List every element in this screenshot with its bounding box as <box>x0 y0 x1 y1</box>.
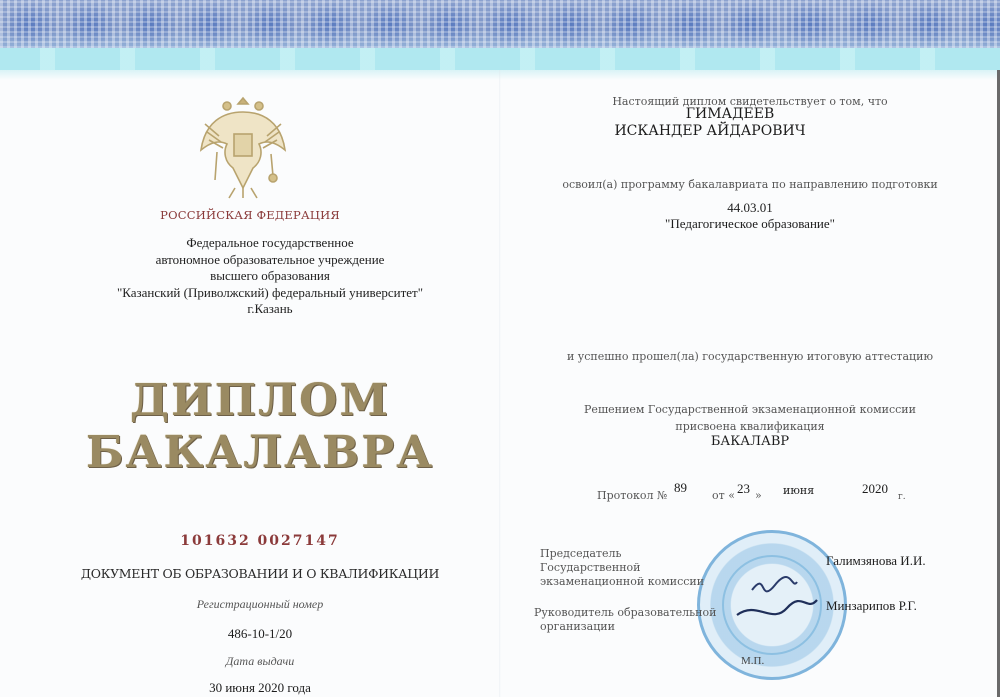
decision-line: присвоена квалификация <box>540 420 960 433</box>
graduate-surname: ГИМАДЕЕВ <box>580 106 880 122</box>
protocol-month: июня <box>783 484 814 497</box>
chair-label: Председатель Государственной экзаменацио… <box>540 547 704 589</box>
head-label-line: Руководитель образовательной <box>534 606 716 620</box>
program-text: освоил(а) программу бакалавриата по напр… <box>540 178 960 191</box>
chair-label-line: Председатель <box>540 547 704 561</box>
protocol-year-suffix: г. <box>898 492 906 502</box>
issue-date-label: Дата выдачи <box>40 654 480 669</box>
institution-line: автономное образовательное учреждение <box>40 252 500 269</box>
head-name: Минзарипов Р.Г. <box>826 598 917 614</box>
coat-of-arms-icon <box>193 92 293 202</box>
country-label: РОССИЙСКАЯ ФЕДЕРАЦИЯ <box>0 208 500 222</box>
issue-date: 30 июня 2020 года <box>40 680 480 696</box>
decorative-top-band <box>0 0 1000 48</box>
seal-mark: М.П. <box>741 655 764 667</box>
institution-block: Федеральное государственное автономное о… <box>40 235 500 318</box>
page-fold <box>499 70 501 697</box>
protocol-label: Протокол № <box>597 489 667 502</box>
program-name: "Педагогическое образование" <box>600 216 900 232</box>
head-label: Руководитель образовательной организации <box>534 606 716 634</box>
chair-label-line: Государственной <box>540 561 704 575</box>
qualification: БАКАЛАВР <box>600 434 900 449</box>
protocol-day: 23 <box>737 481 750 497</box>
official-seal-icon <box>697 530 847 680</box>
decision-line: Решением Государственной экзаменационной… <box>540 403 960 416</box>
protocol-from: от « <box>712 489 735 502</box>
attestation-text: и успешно прошел(ла) государственную ито… <box>540 350 960 363</box>
serial-number: 101632 0027147 <box>40 533 480 549</box>
institution-line: "Казанский (Приволжский) федеральный уни… <box>40 285 500 302</box>
registration-label: Регистрационный номер <box>40 597 480 612</box>
institution-line: г.Казань <box>40 301 500 318</box>
program-code: 44.03.01 <box>600 200 900 216</box>
chair-label-line: экзаменационной комиссии <box>540 575 704 589</box>
protocol-close-quote: » <box>755 489 762 502</box>
chair-name: Галимзянова И.И. <box>826 553 926 569</box>
graduate-given-names: ИСКАНДЕР АЙДАРОВИЧ <box>560 123 860 139</box>
institution-line: Федеральное государственное <box>40 235 500 252</box>
diploma-subtitle: БАКАЛАВРА <box>40 427 480 478</box>
document-type: ДОКУМЕНТ ОБ ОБРАЗОВАНИИ И О КВАЛИФИКАЦИИ <box>40 566 480 581</box>
decorative-cyan-band <box>0 48 1000 70</box>
registration-number: 486-10-1/20 <box>40 626 480 642</box>
signature-icon <box>697 530 847 680</box>
head-label-line: организации <box>534 620 716 634</box>
institution-line: высшего образования <box>40 268 500 285</box>
protocol-number: 89 <box>674 480 687 496</box>
diploma-title: ДИПЛОМ <box>40 375 480 426</box>
protocol-year: 2020 <box>862 481 888 497</box>
